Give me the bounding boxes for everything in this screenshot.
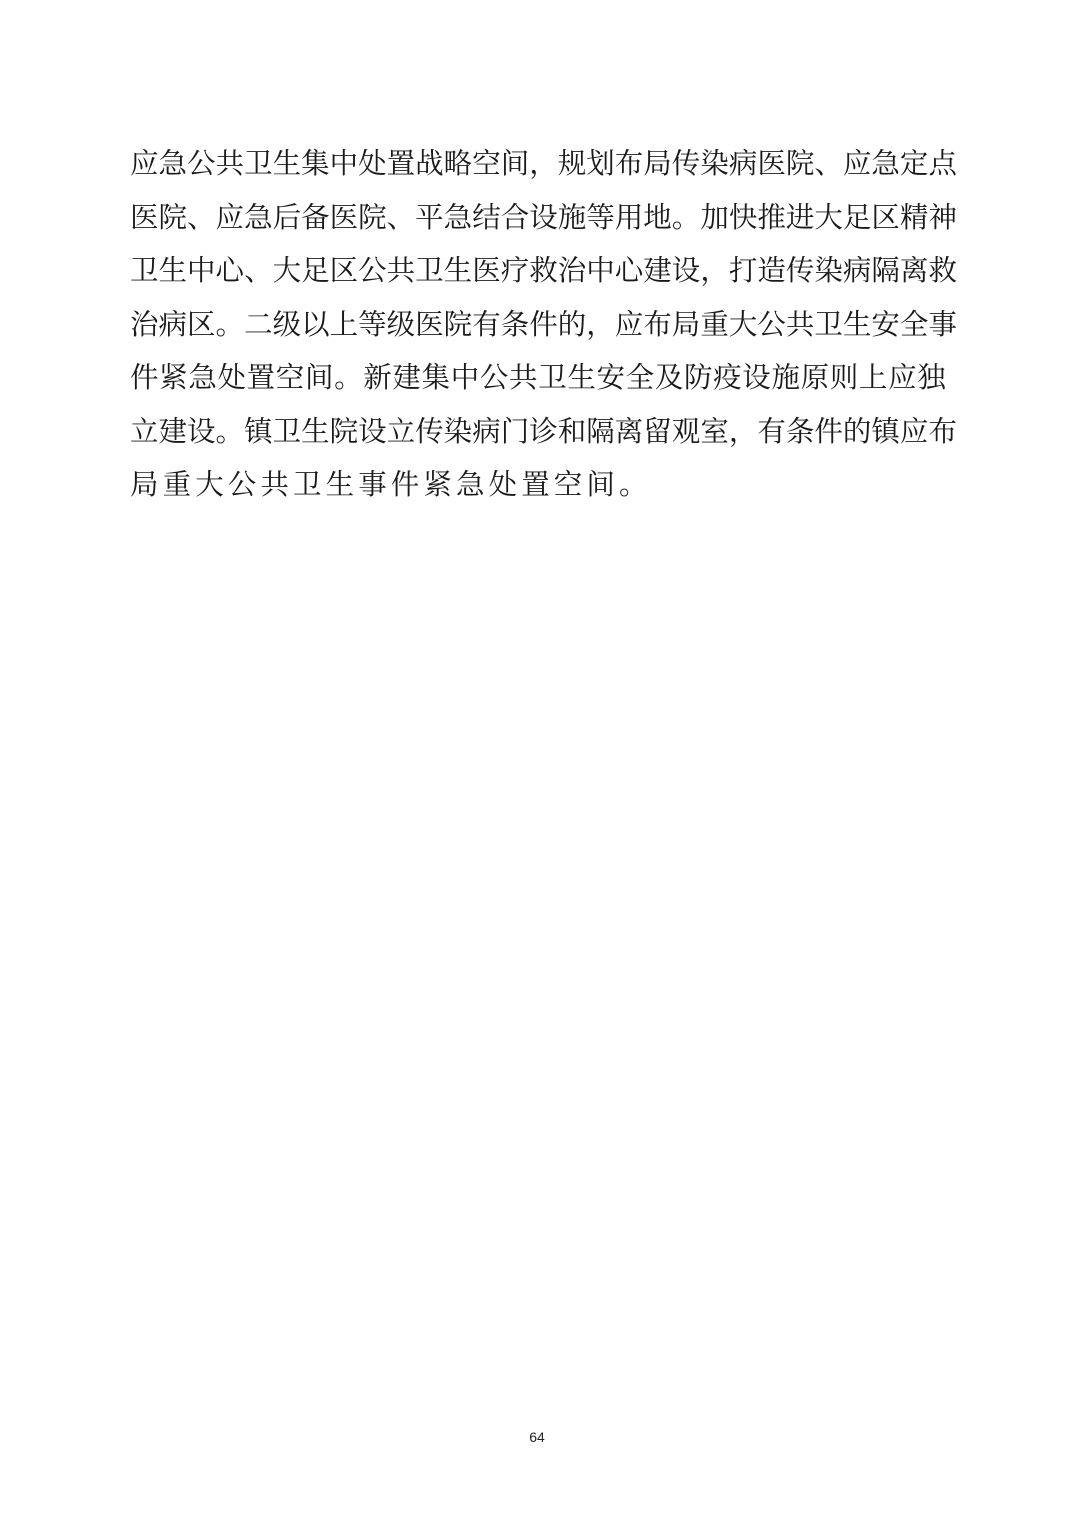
body-paragraph: 应急公共卫生集中处置战略空间，规划布局传染病医院、应急定点 医院、应急后备医院、… — [130, 137, 946, 512]
paragraph-line-last: 局重大公共卫生事件紧急处置空间。 — [130, 458, 946, 512]
document-page: 应急公共卫生集中处置战略空间，规划布局传染病医院、应急定点 医院、应急后备医院、… — [0, 0, 1074, 1520]
paragraph-line: 立建设。镇卫生院设立传染病门诊和隔离留观室，有条件的镇应布 — [130, 405, 946, 459]
page-number: 64 — [0, 1429, 1074, 1445]
paragraph-line: 卫生中心、大足区公共卫生医疗救治中心建设，打造传染病隔离救 — [130, 244, 946, 298]
paragraph-line: 医院、应急后备医院、平急结合设施等用地。加快推进大足区精神 — [130, 191, 946, 245]
paragraph-line: 治病区。二级以上等级医院有条件的，应布局重大公共卫生安全事 — [130, 298, 946, 352]
paragraph-line: 应急公共卫生集中处置战略空间，规划布局传染病医院、应急定点 — [130, 137, 946, 191]
paragraph-line: 件紧急处置空间。新建集中公共卫生安全及防疫设施原则上应独 — [130, 351, 946, 405]
